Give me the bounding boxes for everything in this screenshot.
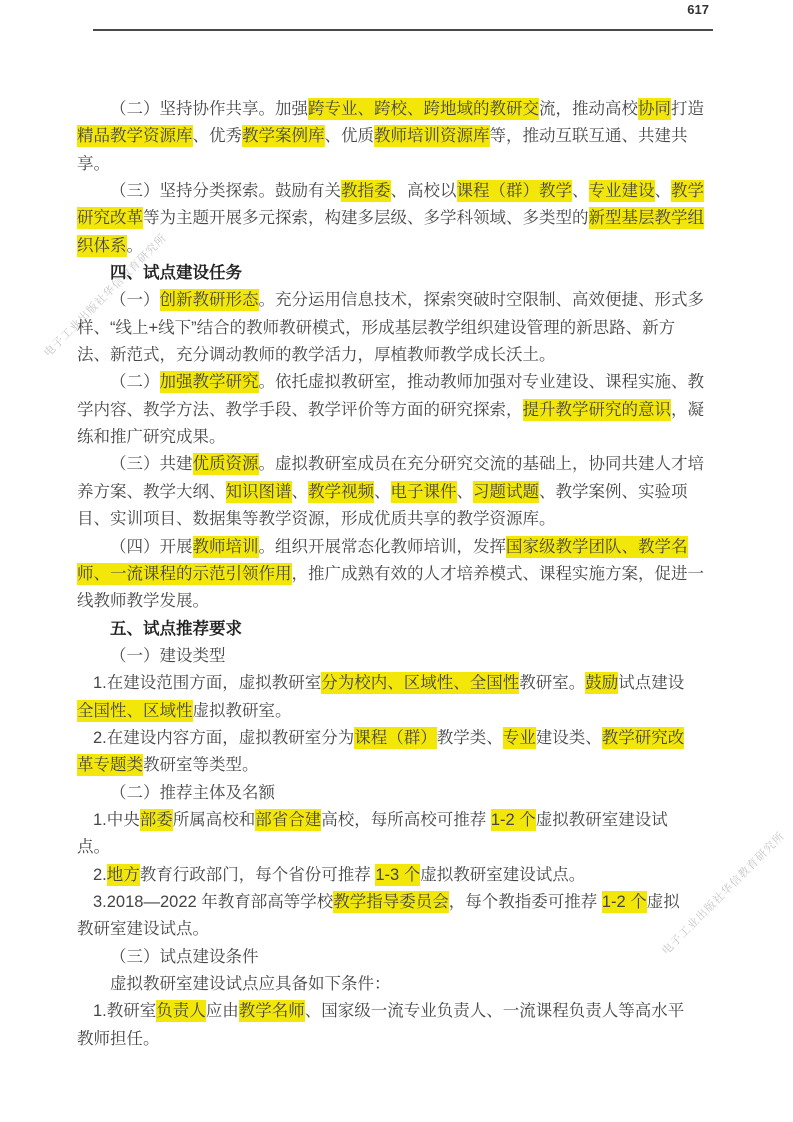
text-run: 享。 — [77, 155, 110, 173]
text-run: 。虚拟教研室成员在充分研究交流的基础上，协同共建人才培 — [259, 455, 705, 473]
highlighted-text: 协同 — [638, 98, 671, 120]
text-line: 2.地方教育行政部门，每个省份可推荐 1-3 个虚拟教研室建设试点。 — [77, 862, 717, 889]
text-line: 虚拟教研室建设试点应具备如下条件： — [77, 971, 717, 998]
text-run: 、教学案例、实验项 — [539, 483, 688, 501]
text-run: （二） — [110, 373, 160, 391]
text-line: 学内容、教学方法、教学手段、教学评价等方面的研究探索，提升教学研究的意识，凝 — [77, 397, 717, 424]
text-line: 革专题类教研室等类型。 — [77, 752, 717, 779]
highlighted-text: 优质资源 — [193, 453, 259, 475]
text-run: 试点建设 — [618, 674, 684, 692]
text-line: 师、一流课程的示范引领作用，推广成熟有效的人才培养模式、课程实施方案，促进一 — [77, 561, 717, 588]
text-run: （一） — [110, 291, 160, 309]
text-line: 练和推广研究成果。 — [77, 424, 717, 451]
text-line: 1.中央部委所属高校和部省合建高校，每所高校可推荐 1-2 个虚拟教研室建设试 — [77, 807, 717, 834]
text-line: 全国性、区域性虚拟教研室。 — [77, 698, 717, 725]
text-run: 虚拟教研室建设试 — [536, 811, 668, 829]
text-line: 研究改革等为主题开展多元探索，构建多层级、多学科领域、多类型的新型基层教学组 — [77, 205, 717, 232]
highlighted-text: 负责人 — [156, 1000, 206, 1022]
document-body: （二）坚持协作共享。加强跨专业、跨校、跨地域的教研交流，推动高校协同打造精品教学… — [77, 96, 717, 1053]
text-run: 练和推广研究成果。 — [77, 428, 226, 446]
text-run: （三）共建 — [110, 455, 193, 473]
text-run: ，每个教指委可推荐 — [449, 893, 602, 911]
text-line: 教研室建设试点。 — [77, 916, 717, 943]
text-run: 、国家级一流专业负责人、一流课程负责人等高水平 — [305, 1002, 685, 1020]
highlighted-text: 习题试题 — [473, 481, 539, 503]
text-line: 2.在建设内容方面，虚拟教研室分为课程（群）教学类、专业建设类、教学研究改 — [77, 725, 717, 752]
text-line: 精品教学资源库、优秀教学案例库、优质教师培训资源库等，推动互联互通、共建共 — [77, 123, 717, 150]
text-run: （三）试点建设条件 — [110, 948, 259, 966]
text-run: 教研室。 — [519, 674, 585, 692]
text-run: 3.2018—2022 年教育部高等学校 — [93, 893, 333, 911]
highlighted-text: 新型基层教学组 — [589, 207, 705, 229]
text-line: （一）创新教研形态。充分运用信息技术，探索突破时空限制、高效便捷、形式多 — [77, 287, 717, 314]
text-run: 虚拟教研室。 — [193, 702, 292, 720]
highlighted-text: 知识图谱 — [226, 481, 292, 503]
text-line: 养方案、教学大纲、知识图谱、教学视频、电子课件、习题试题、教学案例、实验项 — [77, 479, 717, 506]
text-run: 建设类、 — [536, 729, 602, 747]
text-run: 教学类、 — [437, 729, 503, 747]
text-run: 学内容、教学方法、教学手段、教学评价等方面的研究探索， — [77, 401, 523, 419]
text-run: 高校，每所高校可推荐 — [321, 811, 491, 829]
text-run: 1.中央 — [93, 811, 140, 829]
highlighted-text: 教指委 — [341, 180, 391, 202]
highlighted-text: 课程（群） — [354, 727, 437, 749]
page-number: 617 — [687, 2, 709, 17]
highlighted-text: 1-3 个 — [375, 864, 420, 886]
document-page: 617 电子工业出版社华信教育研究所 电子工业出版社华信教育研究所 （二）坚持协… — [0, 0, 793, 1122]
text-run: 、 — [572, 182, 589, 200]
text-line: 法、新范式，充分调动教师的教学活力，厚植教师教学成长沃土。 — [77, 342, 717, 369]
text-line: 1.教研室负责人应由教学名师、国家级一流专业负责人、一流课程负责人等高水平 — [77, 998, 717, 1025]
highlighted-text: 部省合建 — [255, 809, 321, 831]
text-run: 、 — [374, 483, 391, 501]
highlighted-text: 教学指导委员会 — [333, 891, 449, 913]
text-run: 。依托虚拟教研室，推动教师加强对专业建设、课程实施、教 — [259, 373, 705, 391]
text-run: 教研室建设试点。 — [77, 920, 209, 938]
text-run: 教研室等类型。 — [143, 756, 259, 774]
highlighted-text: 部委 — [140, 809, 173, 831]
highlighted-text: 研究改革 — [77, 207, 143, 229]
text-run: 、 — [457, 483, 474, 501]
highlighted-text: 精品教学资源库 — [77, 125, 193, 147]
section-heading: 五、试点推荐要求 — [77, 616, 717, 643]
text-run: 教育行政部门，每个省份可推荐 — [140, 866, 376, 884]
text-run: 法、新范式，充分调动教师的教学活力，厚植教师教学成长沃土。 — [77, 346, 556, 364]
highlighted-text: 教学视频 — [308, 481, 374, 503]
text-run: 教师担任。 — [77, 1030, 160, 1048]
text-run: （四）开展 — [110, 538, 193, 556]
highlighted-text: 教师培训 — [193, 536, 259, 558]
text-run: 虚拟教研室建设试点应具备如下条件： — [110, 975, 391, 993]
text-run: 、高校以 — [391, 182, 457, 200]
section-heading: 四、试点建设任务 — [77, 260, 717, 287]
highlighted-text: 分为校内、区域性、全国性 — [321, 672, 519, 694]
text-line: （二）推荐主体及名额 — [77, 780, 717, 807]
header-rule — [93, 29, 713, 31]
text-run: ，推广成熟有效的人才培养模式、课程实施方案，促进一 — [292, 565, 705, 583]
text-run: 1.教研室 — [93, 1002, 156, 1020]
text-run: 虚拟 — [647, 893, 680, 911]
text-run: 。 — [127, 237, 144, 255]
text-run: 虚拟教研室建设试点。 — [420, 866, 585, 884]
text-run: 等为主题开展多元探索，构建多层级、多学科领域、多类型的 — [143, 209, 589, 227]
highlighted-text: 革专题类 — [77, 754, 143, 776]
text-run: 1.在建设范围方面，虚拟教研室 — [93, 674, 321, 692]
text-line: 织体系。 — [77, 233, 717, 260]
highlighted-text: 课程（群）教学 — [457, 180, 573, 202]
text-line: （二）加强教学研究。依托虚拟教研室，推动教师加强对专业建设、课程实施、教 — [77, 369, 717, 396]
text-line: （一）建设类型 — [77, 643, 717, 670]
text-line: （四）开展教师培训。组织开展常态化教师培训，发挥国家级教学团队、教学名 — [77, 534, 717, 561]
text-run: 2.在建设内容方面，虚拟教研室分为 — [93, 729, 354, 747]
text-run: 线教师教学发展。 — [77, 592, 209, 610]
highlighted-text: 教学研究改 — [602, 727, 685, 749]
highlighted-text: 织体系 — [77, 235, 127, 257]
text-run: 流，推动高校 — [539, 100, 638, 118]
highlighted-text: 师、一流课程的示范引领作用 — [77, 563, 292, 585]
highlighted-text: 教学案例库 — [242, 125, 325, 147]
text-run: 打造 — [671, 100, 704, 118]
highlighted-text: 教师培训资源库 — [374, 125, 490, 147]
text-run: 养方案、教学大纲、 — [77, 483, 226, 501]
text-run: 、优秀 — [193, 127, 243, 145]
highlighted-text: 1-2 个 — [491, 809, 536, 831]
highlighted-text: 创新教研形态 — [160, 289, 259, 311]
highlighted-text: 加强教学研究 — [160, 371, 259, 393]
text-run: 所属高校和 — [173, 811, 256, 829]
highlighted-text: 教学 — [671, 180, 704, 202]
text-line: 线教师教学发展。 — [77, 588, 717, 615]
highlighted-text: 地方 — [107, 864, 140, 886]
highlighted-text: 1-2 个 — [602, 891, 647, 913]
text-run: 四、试点建设任务 — [110, 264, 242, 282]
text-run: （一）建设类型 — [110, 647, 226, 665]
text-run: 2. — [93, 866, 107, 884]
text-run: 、优质 — [325, 127, 375, 145]
highlighted-text: 国家级教学团队、教学名 — [506, 536, 688, 558]
highlighted-text: 电子课件 — [391, 481, 457, 503]
highlighted-text: 鼓励 — [585, 672, 618, 694]
text-run: 、 — [292, 483, 309, 501]
highlighted-text: 全国性、区域性 — [77, 700, 193, 722]
text-line: （三）共建优质资源。虚拟教研室成员在充分研究交流的基础上，协同共建人才培 — [77, 451, 717, 478]
text-run: 。组织开展常态化教师培训，发挥 — [259, 538, 507, 556]
text-line: 目、实训项目、数据集等教学资源，形成优质共享的教学资源库。 — [77, 506, 717, 533]
text-run: 等，推动互联互通、共建共 — [490, 127, 688, 145]
text-line: （三）坚持分类探索。鼓励有关教指委、高校以课程（群）教学、专业建设、教学 — [77, 178, 717, 205]
text-line: 点。 — [77, 834, 717, 861]
text-line: （三）试点建设条件 — [77, 944, 717, 971]
text-line: 享。 — [77, 151, 717, 178]
text-line: 教师担任。 — [77, 1026, 717, 1053]
text-run: （二）坚持协作共享。加强 — [110, 100, 308, 118]
text-run: 目、实训项目、数据集等教学资源，形成优质共享的教学资源库。 — [77, 510, 556, 528]
text-run: 、 — [655, 182, 672, 200]
text-line: （二）坚持协作共享。加强跨专业、跨校、跨地域的教研交流，推动高校协同打造 — [77, 96, 717, 123]
highlighted-text: 专业 — [503, 727, 536, 749]
highlighted-text: 提升教学研究的意识 — [523, 399, 672, 421]
text-run: 五、试点推荐要求 — [110, 620, 242, 638]
highlighted-text: 教学名师 — [239, 1000, 305, 1022]
text-run: （三）坚持分类探索。鼓励有关 — [110, 182, 341, 200]
text-run: 点。 — [77, 838, 110, 856]
text-line: 样、“线上+线下”结合的教师教研模式，形成基层教学组织建设管理的新思路、新方 — [77, 315, 717, 342]
text-run: 应由 — [206, 1002, 239, 1020]
text-run: 样、“线上+线下”结合的教师教研模式，形成基层教学组织建设管理的新思路、新方 — [77, 319, 675, 337]
text-run: 。充分运用信息技术，探索突破时空限制、高效便捷、形式多 — [259, 291, 705, 309]
highlighted-text: 跨专业、跨校、跨地域的教研交 — [308, 98, 539, 120]
text-run: （二）推荐主体及名额 — [110, 784, 275, 802]
text-line: 3.2018—2022 年教育部高等学校教学指导委员会，每个教指委可推荐 1-2… — [77, 889, 717, 916]
highlighted-text: 专业建设 — [589, 180, 655, 202]
text-line: 1.在建设范围方面，虚拟教研室分为校内、区域性、全国性教研室。鼓励试点建设 — [77, 670, 717, 697]
text-run: ，凝 — [671, 401, 704, 419]
